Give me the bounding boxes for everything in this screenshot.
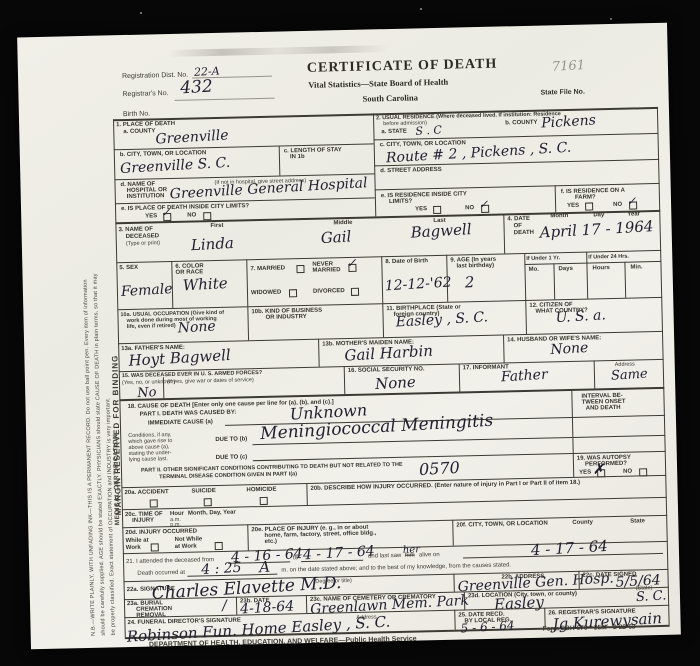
place-limits-yes-mark: ✓ bbox=[161, 206, 171, 220]
grid-line bbox=[503, 213, 505, 253]
middle-name-value: Gail bbox=[320, 227, 352, 247]
place-of-injury-label2: home, farm, factory, street, office bldg… bbox=[264, 530, 376, 539]
interval-label3: AND DEATH bbox=[586, 405, 621, 413]
film-speck bbox=[610, 18, 612, 20]
grid-line bbox=[236, 597, 237, 615]
first-name-header: First bbox=[210, 223, 223, 230]
place-county-value: Greenville bbox=[155, 127, 229, 147]
while-at-work-checkbox bbox=[151, 543, 159, 551]
conditions-note5: lying cause last. bbox=[129, 456, 168, 463]
injury-mdy-label: Month, Day, Year bbox=[188, 510, 236, 518]
residence-farm-yes-label: YES bbox=[567, 203, 579, 210]
residence-state-label: a. STATE bbox=[381, 129, 407, 136]
sex-value: Female bbox=[120, 281, 172, 300]
suicide-checkbox bbox=[204, 498, 212, 506]
residence-farm-yes-checkbox bbox=[585, 202, 593, 210]
residence-farm-no-mark: ✓ bbox=[627, 194, 637, 208]
date-of-death-value: April 17 - 1964 bbox=[539, 217, 654, 242]
grid-line bbox=[553, 263, 555, 299]
dod-day-header: Day bbox=[593, 212, 604, 219]
first-name-value: Linda bbox=[190, 234, 234, 254]
due-to-c-label: DUE TO (c) bbox=[216, 454, 248, 462]
injury-city-label: 20f. CITY, TOWN, OR LOCATION bbox=[456, 521, 548, 530]
age-label2: last birthday) bbox=[456, 263, 494, 271]
grid-line bbox=[459, 363, 461, 391]
place-limits-yes-label: YES bbox=[145, 213, 157, 220]
certificate-state: South Carolina bbox=[363, 92, 419, 103]
length-of-stay-label2: IN 1b bbox=[290, 154, 305, 161]
registrar-no-label: Registrar's No. bbox=[122, 90, 168, 99]
residence-farm-label2: FARM? bbox=[575, 194, 596, 201]
street-address-label: d. STREET ADDRESS bbox=[380, 167, 442, 175]
last-name-value: Bagwell bbox=[410, 220, 472, 241]
grid-line bbox=[503, 334, 505, 362]
residence-limits-yes-label: YES bbox=[415, 206, 427, 213]
residence-limits-no-label: NO bbox=[465, 205, 474, 212]
residence-state-value: S . C bbox=[415, 123, 442, 138]
grid-line bbox=[594, 360, 596, 388]
date-received-value: 5 - 6 - 64 bbox=[460, 618, 515, 635]
place-limits-no-label: NO bbox=[187, 212, 196, 219]
injury-state-label: State bbox=[630, 518, 645, 525]
residence-limits-no-mark: ✓ bbox=[479, 198, 489, 212]
grid-line bbox=[525, 300, 527, 334]
dod-month-header: Month bbox=[550, 213, 568, 220]
film-speck bbox=[420, 8, 422, 10]
grid-line bbox=[572, 415, 665, 418]
form-number: Form SBH-670—25M—2-28-63 bbox=[543, 624, 636, 634]
occupation-label3: life, even if retired) bbox=[127, 323, 176, 330]
accident-checkbox bbox=[150, 499, 158, 507]
occupation-value: None bbox=[177, 318, 216, 336]
burial-location-value: Easley bbox=[494, 593, 545, 614]
burial-type-mark: / bbox=[222, 598, 228, 614]
grid-line bbox=[175, 98, 275, 101]
mother-name-value: Gail Harbin bbox=[344, 342, 433, 365]
married-checkbox bbox=[296, 265, 304, 273]
place-county-label: a. COUNTY bbox=[123, 128, 155, 136]
business-label2: OR INDUSTRY bbox=[265, 314, 306, 322]
grid-line bbox=[279, 146, 281, 176]
homicide-label: HOMICIDE bbox=[246, 487, 276, 495]
suicide-label: SUICIDE bbox=[191, 488, 215, 495]
widowed-checkbox bbox=[289, 289, 297, 297]
armed-forces-note2: (If yes, give war or dates of service) bbox=[167, 377, 254, 385]
citizen-value: U. S. a. bbox=[555, 307, 606, 326]
film-speck bbox=[140, 12, 142, 14]
grid-line bbox=[657, 107, 670, 625]
widowed-label: WIDOWED bbox=[251, 290, 281, 298]
state-file-scribble: 7161 bbox=[552, 58, 586, 75]
grid-line bbox=[454, 610, 455, 630]
certificate-subtitle: Vital Statistics—State Board of Health bbox=[308, 77, 448, 90]
certificate-paper: N.B.—WRITE PLAINLY, WITH UNFADING INK—TH… bbox=[17, 23, 681, 650]
never-married-label2: MARRIED bbox=[312, 267, 340, 275]
state-file-label: State File No. bbox=[540, 89, 585, 98]
certificate-form: Registration Dist. No. 22-A Registrar's … bbox=[112, 45, 671, 645]
registration-dist-label: Registration Dist. No. bbox=[122, 72, 188, 82]
grid-line bbox=[253, 453, 573, 461]
divorced-label: DIVORCED bbox=[313, 288, 345, 296]
grid-line bbox=[452, 520, 454, 546]
middle-name-header: Middle bbox=[333, 220, 352, 227]
burial-state-value: S. C. bbox=[636, 588, 667, 605]
grid-line bbox=[571, 389, 574, 477]
registrar-no-value: 432 bbox=[180, 76, 214, 98]
grid-line bbox=[301, 560, 363, 562]
attended-line1c: alive on bbox=[419, 552, 440, 559]
under-1yr-header: If Under 1 Yr. bbox=[526, 255, 560, 262]
race-value: White bbox=[182, 274, 228, 295]
grid-line bbox=[318, 339, 320, 367]
part1-label: PART I. DEATH WAS CAUSED BY: bbox=[140, 410, 237, 419]
attended-her-value: her bbox=[403, 544, 421, 556]
name-label3: (Type or print) bbox=[126, 240, 160, 247]
place-of-injury-label3: etc.) bbox=[265, 539, 277, 546]
cause-code-value: 0570 bbox=[419, 458, 461, 479]
injury-county-label: County bbox=[572, 520, 593, 527]
not-while-label2: at Work bbox=[175, 544, 197, 551]
grid-line bbox=[555, 185, 557, 212]
grid-line bbox=[306, 483, 307, 505]
grid-line bbox=[381, 256, 383, 303]
grid-line bbox=[246, 259, 248, 306]
age-value: 2 bbox=[464, 273, 475, 292]
grid-line bbox=[453, 574, 454, 592]
grid-line bbox=[247, 306, 249, 340]
ssn-value: None bbox=[375, 373, 417, 393]
spouse-name-value: None bbox=[550, 340, 589, 358]
residence-county-label: b. COUNTY bbox=[505, 120, 537, 128]
under-1yr-mo-label: Mo. bbox=[528, 267, 538, 274]
grid-line bbox=[573, 451, 666, 454]
grid-line bbox=[572, 435, 665, 438]
hospital-label3: INSTITUTION bbox=[127, 193, 165, 201]
grid-line bbox=[344, 366, 346, 394]
autopsy-label2: PERFORMED? bbox=[585, 461, 627, 469]
under-24hrs-min-label: Min. bbox=[630, 264, 642, 271]
residence-limits-label2: LIMITS? bbox=[389, 199, 412, 206]
informant-value: Father bbox=[501, 367, 549, 386]
under-24hrs-header: If Under 24 Hrs. bbox=[588, 254, 629, 261]
immediate-cause-label: IMMEDIATE CAUSE (a) bbox=[148, 419, 213, 427]
dob-value: 12-12-'62 bbox=[384, 275, 452, 295]
due-to-b-label: DUE TO (b) bbox=[215, 436, 247, 444]
place-limits-no-checkbox bbox=[203, 212, 211, 220]
place-city-limits-label: e. IS PLACE OF DEATH INSIDE CITY LIMITS? bbox=[121, 203, 249, 213]
residence-farm-no-label: NO bbox=[613, 202, 622, 209]
attended-to-label: to bbox=[293, 555, 298, 562]
grid-line bbox=[247, 524, 249, 550]
scanned-document-frame: N.B.—WRITE PLAINLY, WITH UNFADING INK—TH… bbox=[0, 0, 700, 666]
while-at-work-label2: Work bbox=[126, 545, 141, 552]
date-of-death-label3: DEATH bbox=[514, 230, 534, 237]
informant-address-value: Same bbox=[611, 367, 648, 384]
sex-label: 5. SEX bbox=[119, 265, 138, 272]
accident-label: 20a. ACCIDENT bbox=[124, 489, 168, 497]
attended-line1b: and last saw bbox=[368, 553, 402, 561]
under-1yr-days-label: Days bbox=[558, 266, 572, 273]
grid-line bbox=[624, 262, 626, 298]
under-24hrs-hours-label: Hours bbox=[592, 265, 609, 272]
grid-line bbox=[306, 595, 307, 613]
death-occurred-label: Death occurred at bbox=[137, 570, 185, 578]
residence-county-value: Pickens bbox=[541, 112, 597, 131]
grid-line bbox=[382, 303, 384, 337]
dob-label: 8. Date of Birth bbox=[385, 258, 428, 266]
married-label: 7. MARRIED bbox=[250, 265, 285, 273]
certificate-title: CERTIFICATE OF DEATH bbox=[307, 57, 498, 77]
divorced-checkbox bbox=[351, 288, 359, 296]
time-of-injury-label2: INJURY bbox=[132, 517, 154, 524]
not-while-checkbox bbox=[215, 542, 223, 550]
residence-limits-yes-checkbox bbox=[433, 206, 441, 214]
homicide-checkbox bbox=[260, 497, 268, 505]
never-married-mark: ✓ bbox=[346, 256, 357, 271]
